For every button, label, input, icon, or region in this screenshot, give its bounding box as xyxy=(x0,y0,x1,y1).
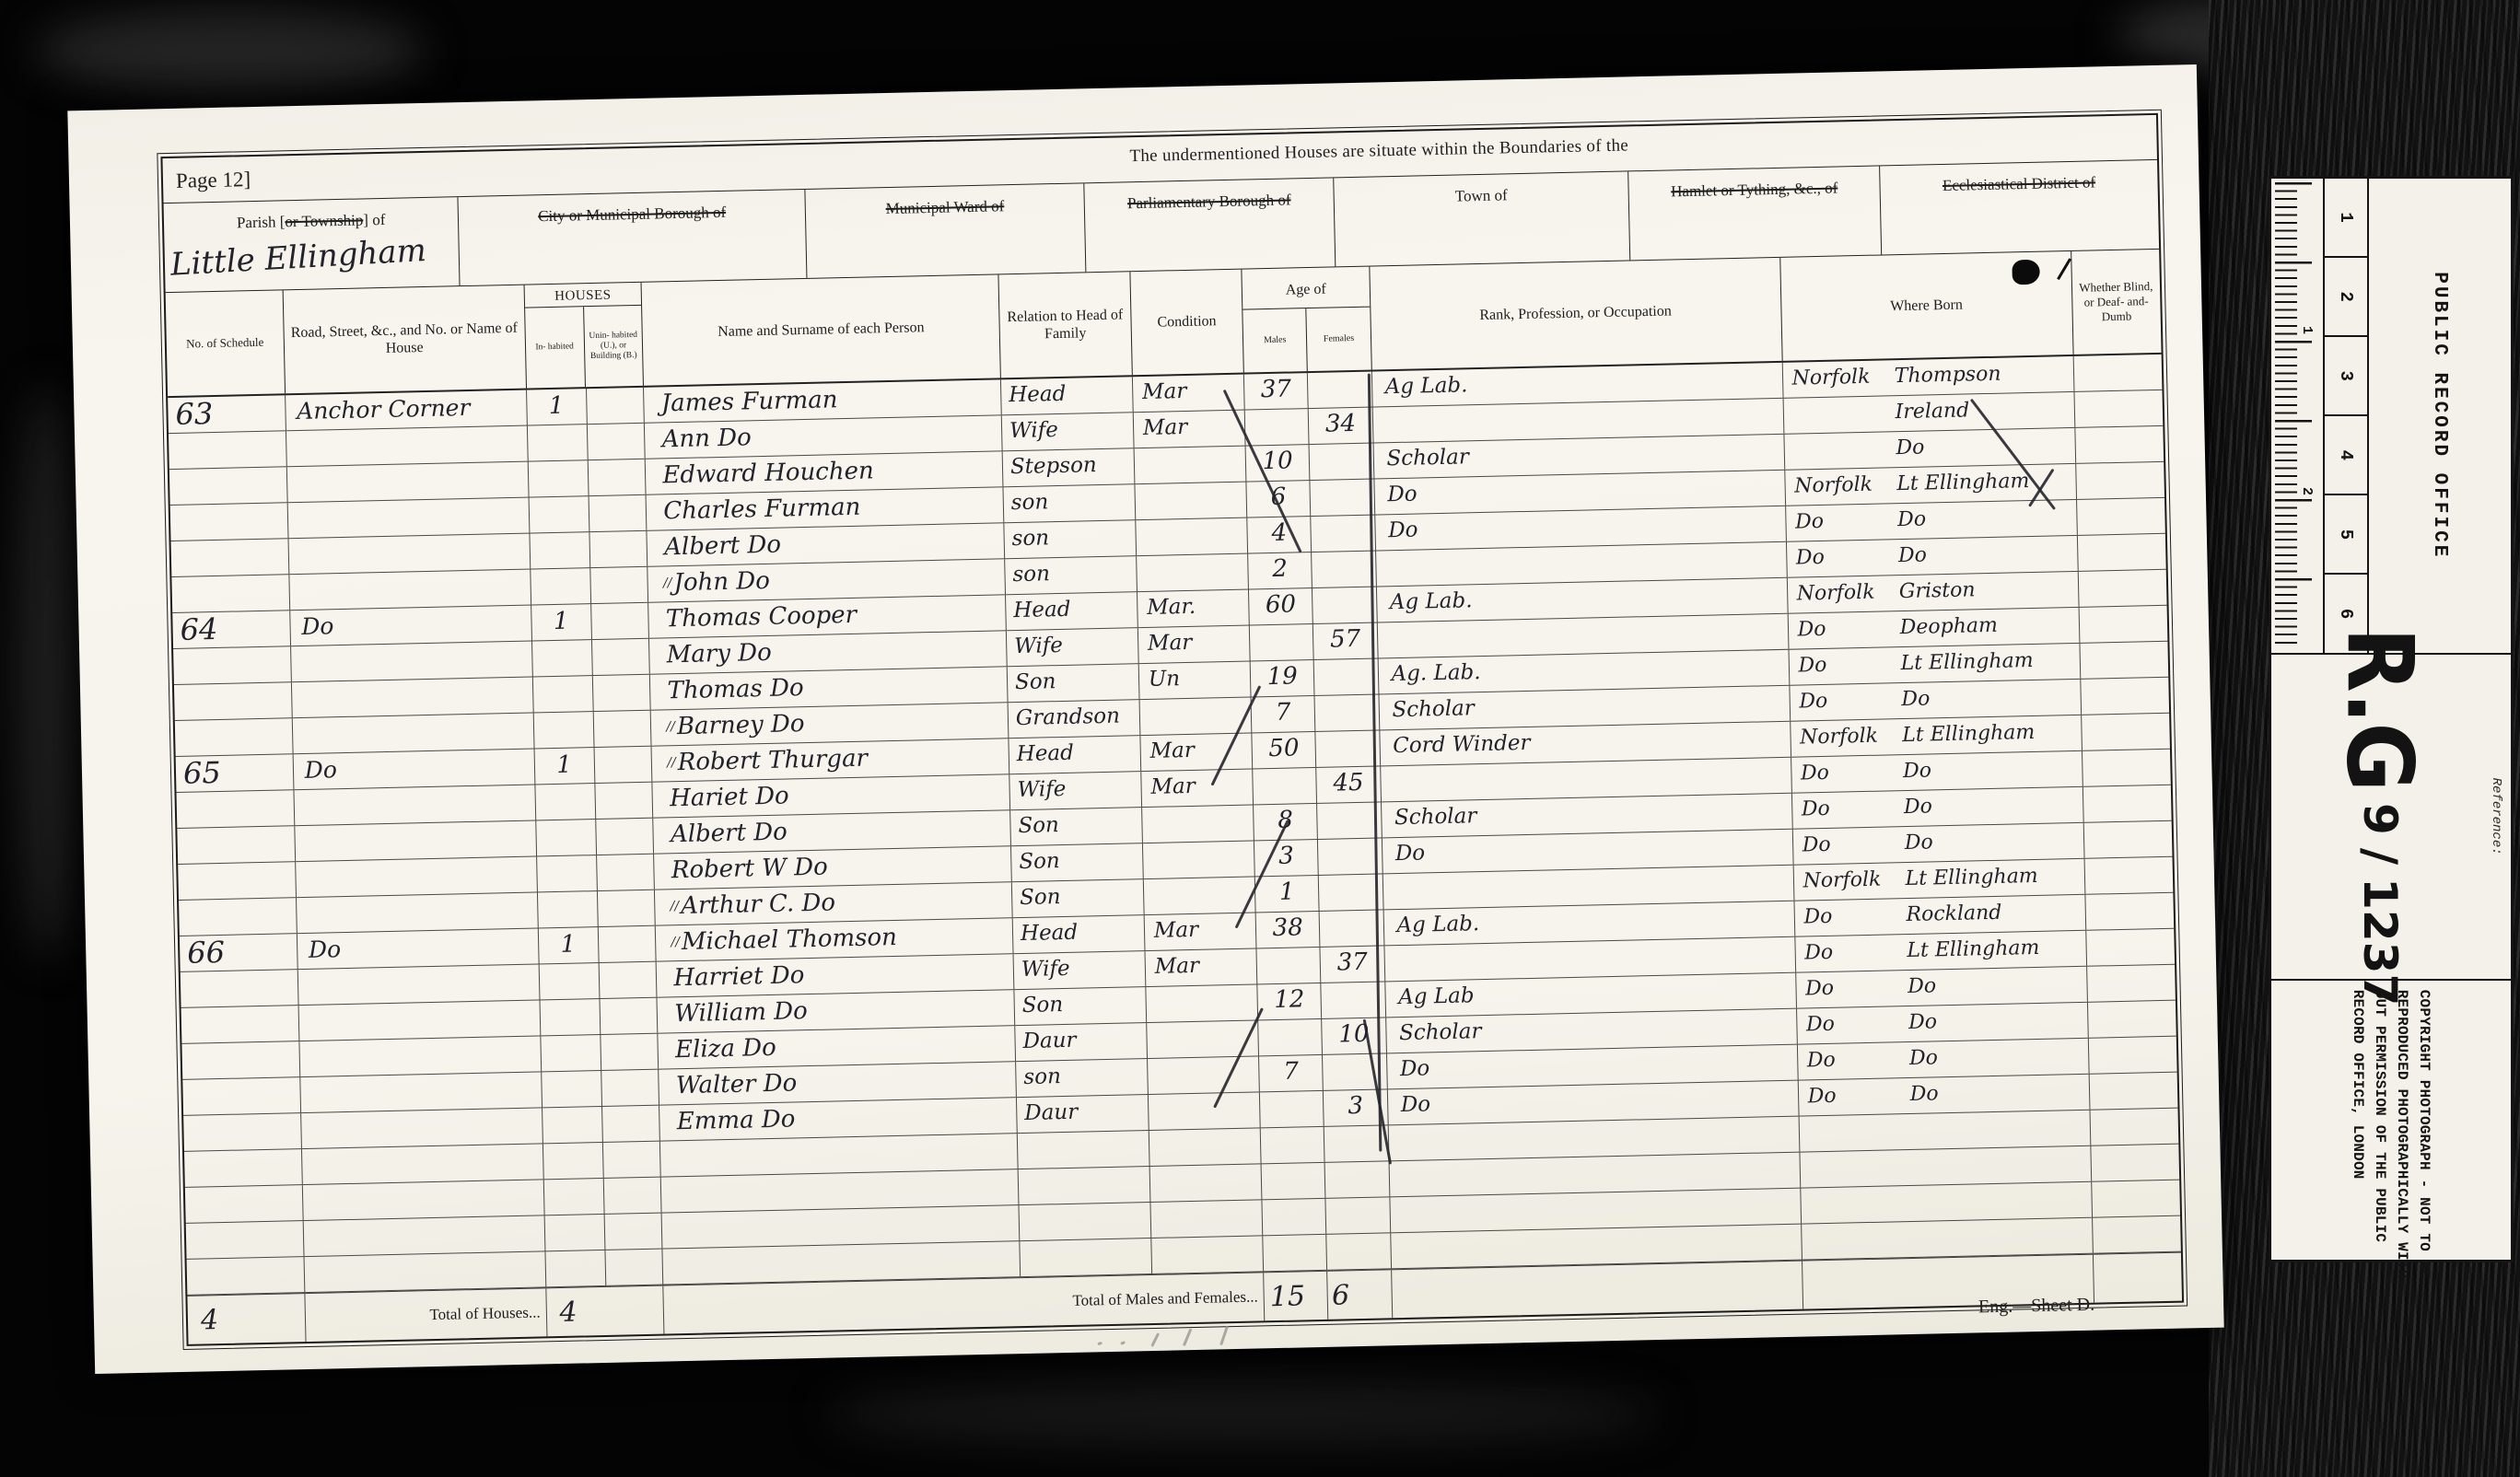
relation-to-head: Son xyxy=(1012,879,1145,917)
town-cell: Town of xyxy=(1334,171,1630,266)
born-place: Lt Ellingham xyxy=(1893,464,2076,503)
schedule-number xyxy=(175,718,294,756)
age-male xyxy=(1262,1199,1326,1236)
road-name xyxy=(297,964,540,1005)
ditto-tick: // xyxy=(671,935,680,949)
blind-deaf-cell xyxy=(2090,1109,2178,1146)
road-name xyxy=(287,462,530,503)
blind-deaf-cell xyxy=(2082,750,2171,786)
ruler-number: 1 xyxy=(2325,179,2367,258)
born-county xyxy=(1784,432,1893,470)
where-born: DoDo xyxy=(1791,751,2083,793)
condition xyxy=(1143,841,1255,878)
inhabited-mark xyxy=(530,532,590,568)
where-born xyxy=(1801,1182,2093,1224)
schedule-number xyxy=(181,970,299,1007)
relation-to-head xyxy=(1020,1239,1152,1276)
age-female xyxy=(1317,802,1382,839)
condition xyxy=(1150,1200,1263,1238)
inhabited-mark: 1 xyxy=(527,389,588,424)
born-county: Do xyxy=(1795,935,1904,972)
uninhabited-mark xyxy=(596,819,655,855)
houses-group-label: HOUSES xyxy=(524,283,641,308)
inhabited-mark xyxy=(528,424,589,460)
uninhabited-mark xyxy=(588,424,647,459)
ruler-number: 4 xyxy=(2325,416,2367,495)
inhabited-mark xyxy=(537,855,598,891)
born-county: Norfolk xyxy=(1785,468,1894,506)
blind-deaf-cell xyxy=(2088,1037,2176,1074)
road-name: Do xyxy=(293,749,535,789)
person-name xyxy=(663,1241,1021,1284)
relation-to-head: son xyxy=(1003,484,1136,522)
age-male: 8 xyxy=(1254,804,1318,841)
age-female xyxy=(1312,552,1376,588)
uninhabited-mark xyxy=(602,1106,661,1142)
relation-to-head: Grandson xyxy=(1009,700,1141,738)
col-inhabited: In- habited xyxy=(525,307,586,388)
born-county: Norfolk xyxy=(1793,863,1902,901)
ruler-number: 2 xyxy=(2325,258,2367,337)
inhabited-mark: 1 xyxy=(538,927,599,963)
born-place: Do xyxy=(1894,500,2077,539)
condition: Un xyxy=(1139,662,1252,700)
census-form: Page 12] The undermentioned Houses are s… xyxy=(160,113,2184,1346)
blind-deaf-cell xyxy=(2088,1001,2176,1038)
film-smudge xyxy=(829,1381,1658,1446)
blind-deaf-cell xyxy=(2080,642,2168,679)
blind-deaf-cell xyxy=(2086,929,2175,966)
born-county: Do xyxy=(1787,540,1896,577)
blind-deaf-cell xyxy=(2082,714,2170,750)
born-county: Do xyxy=(1789,647,1897,685)
ditto-tick: // xyxy=(667,755,676,770)
where-born: DoDeopham xyxy=(1788,608,2080,649)
age-female xyxy=(1325,1161,1390,1198)
born-county: Do xyxy=(1797,1006,1906,1044)
uninhabited-mark xyxy=(592,639,651,675)
totals-schedule-count: 4 xyxy=(187,1294,306,1344)
pro-title: PUBLIC RECORD OFFICE xyxy=(2369,179,2511,653)
inhabited-mark xyxy=(542,1071,602,1107)
condition: Mar. xyxy=(1137,590,1250,628)
blind-deaf-cell xyxy=(2083,821,2172,858)
relation-to-head: Head xyxy=(1006,592,1138,630)
where-born: DoDo xyxy=(1798,1075,2090,1116)
blind-deaf-cell xyxy=(2079,606,2167,643)
road-name xyxy=(297,892,539,933)
age-female xyxy=(1310,444,1374,481)
blind-deaf-cell xyxy=(2078,534,2166,571)
condition xyxy=(1148,1056,1260,1094)
road-name xyxy=(303,1215,545,1256)
film-smudge xyxy=(17,387,81,958)
boundaries-heading: The undermentioned Houses are situate wi… xyxy=(800,129,1957,174)
schedule-number: 63 xyxy=(168,395,286,433)
pencil-mark xyxy=(1183,1328,1192,1345)
condition xyxy=(1142,805,1254,843)
where-born: DoLt Ellingham xyxy=(1795,931,2087,972)
where-born: NorfolkLt Ellingham xyxy=(1785,464,2077,506)
schedule-number xyxy=(181,1041,300,1079)
road-name xyxy=(303,1180,545,1220)
inhabited-mark xyxy=(544,1215,605,1250)
condition xyxy=(1134,447,1246,484)
where-born xyxy=(1802,1218,2094,1260)
age-female: 57 xyxy=(1313,622,1378,659)
col-age: Age of Males Females xyxy=(1242,267,1371,373)
age-male: 37 xyxy=(1244,373,1309,410)
pencil-mark xyxy=(1097,1342,1102,1345)
uninhabited-mark xyxy=(587,388,646,424)
schedule-number xyxy=(176,790,295,828)
blind-deaf-cell xyxy=(2089,1073,2177,1110)
ditto-tick: // xyxy=(671,899,680,913)
age-female xyxy=(1324,1125,1389,1162)
born-place: Do xyxy=(1900,787,2083,826)
uninhabited-mark xyxy=(589,495,647,531)
ruler-inch-label: 1 xyxy=(2299,326,2315,334)
inhabited-mark xyxy=(543,1143,604,1179)
condition xyxy=(1136,518,1248,556)
reference-number: R.G 9 / 1237 xyxy=(2271,627,2489,1006)
age-male xyxy=(1257,948,1322,984)
schedule-number xyxy=(170,503,289,541)
uninhabited-mark xyxy=(595,783,654,819)
reference-label: Reference: xyxy=(2489,778,2511,855)
road-name xyxy=(304,1251,546,1292)
born-county: Do xyxy=(1786,504,1895,541)
parish-cell: Parish [or Township] of Little Ellingham xyxy=(164,197,461,292)
age-female xyxy=(1320,910,1384,947)
parish-value-handwritten: Little Ellingham xyxy=(169,228,475,285)
col-blind: Whether Blind, or Deaf- and-Dumb xyxy=(2071,250,2162,355)
parish-label: Parish [or Township] of xyxy=(237,211,386,232)
ink-blot xyxy=(2012,260,2040,285)
ruler-scale: 1 2 xyxy=(2271,179,2325,653)
inhabited-mark: 1 xyxy=(534,748,595,784)
age-female xyxy=(1312,587,1377,624)
born-place: Lt Ellingham xyxy=(1901,859,2084,898)
relation-to-head: Daur xyxy=(1015,1023,1148,1061)
age-male: 3 xyxy=(1254,840,1319,877)
where-born: Do xyxy=(1784,428,2076,470)
relation-to-head: Son xyxy=(1008,664,1140,702)
schedule-number xyxy=(185,1185,304,1223)
schedule-number xyxy=(169,431,287,469)
pencil-mark xyxy=(1150,1332,1159,1346)
born-county: Do xyxy=(1796,971,1905,1008)
relation-to-head: Head xyxy=(1009,736,1141,773)
where-born: DoDo xyxy=(1792,823,2084,865)
road-name xyxy=(299,1036,542,1076)
blind-deaf-cell xyxy=(2091,1145,2179,1181)
inhabited-mark xyxy=(528,460,589,496)
born-county xyxy=(1783,396,1892,434)
where-born xyxy=(1800,1146,2092,1188)
age-female xyxy=(1311,480,1375,517)
uninhabited-mark xyxy=(598,926,657,962)
born-place: Griston xyxy=(1895,572,2078,611)
relation-to-head: Head xyxy=(1001,377,1134,414)
inhabited-mark xyxy=(540,999,601,1035)
condition xyxy=(1147,1020,1259,1058)
age-male: 38 xyxy=(1256,912,1321,948)
relation-to-head: son xyxy=(1004,520,1137,558)
ward-cell: Municipal Ward of xyxy=(805,183,1086,278)
col-occupation: Rank, Profession, or Occupation xyxy=(1370,258,1782,370)
age-male xyxy=(1261,1127,1325,1164)
copyright-line: REPRODUCED PHOTOGRAPHICALLY WITH- xyxy=(2391,990,2413,1250)
col-houses: HOUSES In- habited Unin- habited (U.), o… xyxy=(524,283,644,389)
inhabited-mark xyxy=(545,1250,606,1286)
uninhabited-mark xyxy=(591,603,650,639)
schedule-number xyxy=(184,1149,303,1187)
born-place: Ireland xyxy=(1891,392,2074,431)
age-male xyxy=(1260,1091,1324,1128)
reference-section: Reference: R.G 9 / 1237 xyxy=(2271,655,2511,979)
where-born: NorfolkLt Ellingham xyxy=(1793,859,2085,901)
road-name xyxy=(286,426,529,467)
where-born: NorfolkLt Ellingham xyxy=(1791,715,2082,757)
born-place xyxy=(1907,1146,2091,1185)
age-female xyxy=(1315,694,1380,731)
ward-label: Municipal Ward of xyxy=(885,197,1004,217)
born-county xyxy=(1802,1222,1910,1260)
road-name xyxy=(301,1108,543,1148)
where-born: DoDo xyxy=(1796,967,2088,1008)
ecclesiastical-cell: Ecclesiastical District of xyxy=(1880,160,2159,255)
col-condition: Condition xyxy=(1130,270,1244,376)
where-born: DoDo xyxy=(1797,1039,2089,1080)
age-male: 12 xyxy=(1257,983,1322,1020)
schedule-number xyxy=(179,898,297,936)
pencil-mark xyxy=(1219,1325,1228,1345)
relation-to-head: son xyxy=(1005,556,1137,594)
age-male: 7 xyxy=(1259,1055,1324,1092)
relation-to-head xyxy=(1019,1203,1151,1240)
uninhabited-mark xyxy=(589,531,648,567)
schedule-number xyxy=(174,682,293,720)
born-county xyxy=(1801,1186,1909,1224)
born-place: Do xyxy=(1892,428,2075,467)
town-label: Town of xyxy=(1455,186,1508,204)
col-uninhabited: Unin- habited (U.), or Building (B.) xyxy=(584,306,644,387)
schedule-number xyxy=(186,1221,305,1259)
schedule-number xyxy=(181,1006,300,1043)
blind-deaf-cell xyxy=(2074,390,2163,427)
total-houses-value: 4 xyxy=(546,1296,577,1329)
ruler-section: PUBLIC RECORD OFFICE 123456 1 2 xyxy=(2271,179,2511,655)
where-born: DoLt Ellingham xyxy=(1789,644,2081,685)
age-female xyxy=(1308,372,1372,409)
uninhabited-mark xyxy=(605,1250,664,1285)
age-female xyxy=(1319,874,1383,911)
age-male xyxy=(1250,624,1314,661)
born-place: Deopham xyxy=(1896,608,2079,646)
schedule-number: 66 xyxy=(180,934,298,971)
inhabited-mark xyxy=(531,568,591,604)
copyright-line: RECORD OFFICE, LONDON xyxy=(2347,990,2369,1250)
age-group-label: Age of xyxy=(1242,267,1369,309)
condition: Mar xyxy=(1140,733,1253,771)
blind-deaf-cell xyxy=(2082,785,2171,822)
condition xyxy=(1135,483,1247,520)
relation-to-head xyxy=(1019,1167,1151,1204)
born-place: Lt Ellingham xyxy=(1898,715,2082,754)
blind-deaf-cell xyxy=(2078,570,2166,607)
road-name: Do xyxy=(290,606,532,646)
age-female xyxy=(1326,1197,1391,1234)
born-place: Do xyxy=(1906,1039,2089,1077)
born-place: Thompson xyxy=(1890,356,2073,395)
relation-to-head: Wife xyxy=(1007,628,1139,666)
condition xyxy=(1144,877,1256,914)
road-name xyxy=(292,678,534,718)
relation-to-head: son xyxy=(1016,1059,1149,1097)
relation-to-head: Wife xyxy=(1013,951,1146,989)
age-male xyxy=(1263,1235,1327,1272)
parliamentary-label: Parliamentary Borough of xyxy=(1127,191,1291,212)
where-born: DoRockland xyxy=(1794,895,2086,936)
schedule-number xyxy=(177,826,296,864)
col-relation: Relation to Head of Family xyxy=(998,272,1132,378)
rg-label: R.G xyxy=(2327,627,2433,790)
condition: Mar xyxy=(1145,948,1257,986)
pro-reference-card: PUBLIC RECORD OFFICE 123456 1 2 Referenc… xyxy=(2269,176,2514,1262)
schedule-number: 64 xyxy=(172,611,291,648)
schedule-number xyxy=(173,646,292,684)
relation-to-head: Stepson xyxy=(1003,448,1136,486)
born-place xyxy=(1907,1111,2090,1149)
blind-deaf-cell xyxy=(2075,426,2164,463)
age-male: 4 xyxy=(1247,517,1312,553)
uninhabited-mark xyxy=(603,1178,662,1214)
where-born xyxy=(1799,1111,2091,1152)
born-county: Do xyxy=(1790,683,1898,721)
schedule-number xyxy=(171,539,290,576)
inhabited-mark xyxy=(538,891,599,927)
born-county: Norfolk xyxy=(1782,360,1891,398)
age-male: 10 xyxy=(1246,445,1311,482)
inhabited-mark xyxy=(533,712,594,748)
road-name xyxy=(298,1000,541,1041)
total-females-value: 6 xyxy=(1327,1270,1392,1319)
age-female: 45 xyxy=(1317,766,1382,803)
uninhabited-mark xyxy=(599,962,658,998)
inhabited-mark xyxy=(539,963,600,999)
schedule-number xyxy=(178,862,297,900)
age-male xyxy=(1245,409,1310,446)
inhabited-mark xyxy=(532,640,593,676)
uninhabited-mark xyxy=(600,998,659,1034)
born-place: Do xyxy=(1905,1003,2088,1041)
col-schedule: No. of Schedule xyxy=(166,290,286,396)
col-road: Road, Street, &c., and No. or Name of Ho… xyxy=(283,285,526,394)
age-female xyxy=(1312,516,1376,552)
where-born: DoDo xyxy=(1790,680,2082,721)
born-place: Lt Ellingham xyxy=(1896,644,2080,682)
col-where-born: Where Born xyxy=(1780,251,2073,361)
ruler-inch-label: 2 xyxy=(2299,487,2315,495)
age-female xyxy=(1318,838,1382,875)
relation-to-head: Son xyxy=(1014,987,1147,1025)
born-place: Do xyxy=(1895,536,2078,575)
born-county: Do xyxy=(1798,1078,1907,1116)
uninhabited-mark xyxy=(592,675,651,711)
condition xyxy=(1149,1164,1262,1202)
inhabited-mark: 1 xyxy=(531,604,592,640)
born-county: Do xyxy=(1797,1042,1906,1080)
age-female xyxy=(1316,730,1381,767)
born-county: Norfolk xyxy=(1787,576,1896,613)
age-male: 6 xyxy=(1246,481,1311,518)
age-female: 3 xyxy=(1324,1089,1388,1126)
schedule-number xyxy=(171,575,290,612)
rg-separator: / xyxy=(2353,848,2407,865)
ditto-tick: // xyxy=(663,576,672,590)
parliamentary-cell: Parliamentary Borough of xyxy=(1084,178,1336,272)
road-name xyxy=(287,498,530,539)
condition xyxy=(1139,697,1252,735)
where-born: NorfolkGriston xyxy=(1787,572,2079,613)
born-county: Do xyxy=(1791,755,1900,793)
road-name xyxy=(291,642,533,682)
schedule-number: 65 xyxy=(176,754,295,792)
road-name: Anchor Corner xyxy=(286,390,528,431)
ditto-tick: // xyxy=(666,719,675,734)
blind-deaf-cell xyxy=(2087,965,2176,1002)
uninhabited-mark xyxy=(604,1214,663,1250)
born-place: Do xyxy=(1897,680,2081,718)
schedule-number xyxy=(182,1077,301,1115)
road-name: Do xyxy=(297,928,540,969)
sheet-footer: Eng.—Sheet D. xyxy=(1978,1295,2095,1319)
where-born: Ireland xyxy=(1783,392,2075,434)
totals-empty-cell xyxy=(2094,1253,2182,1303)
born-county xyxy=(1800,1150,1908,1188)
uninhabited-mark xyxy=(597,855,656,890)
rg-series: 9 xyxy=(2353,803,2407,835)
born-county: Norfolk xyxy=(1791,719,1899,757)
pencil-mark xyxy=(1120,1341,1126,1344)
born-place: Do xyxy=(1899,751,2082,790)
hamlet-cell: Hamlet or Tything, &c., of xyxy=(1628,166,1882,260)
age-female xyxy=(1323,1053,1387,1090)
age-male xyxy=(1262,1163,1326,1200)
relation-to-head: Wife xyxy=(1009,772,1142,809)
age-female xyxy=(1314,658,1379,695)
road-name xyxy=(300,1072,542,1112)
inhabited-mark xyxy=(535,784,596,820)
page-number: Page 12] xyxy=(176,168,251,193)
inhabited-mark xyxy=(541,1035,601,1071)
blind-deaf-cell xyxy=(2073,355,2162,391)
blind-deaf-cell xyxy=(2081,678,2169,715)
blind-deaf-cell xyxy=(2084,857,2173,894)
uninhabited-mark xyxy=(590,567,649,603)
blind-deaf-cell xyxy=(2077,498,2165,535)
where-born: DoDo xyxy=(1787,536,2079,577)
copyright-line: OUT PERMISSION OF THE PUBLIC xyxy=(2369,990,2391,1250)
condition: Mar xyxy=(1144,913,1256,950)
where-born: NorfolkThompson xyxy=(1782,356,2074,398)
condition: Mar xyxy=(1141,769,1254,807)
age-male xyxy=(1253,768,1317,805)
condition xyxy=(1149,1092,1261,1130)
inhabited-mark xyxy=(543,1179,604,1215)
relation-to-head: Son xyxy=(1011,843,1144,881)
